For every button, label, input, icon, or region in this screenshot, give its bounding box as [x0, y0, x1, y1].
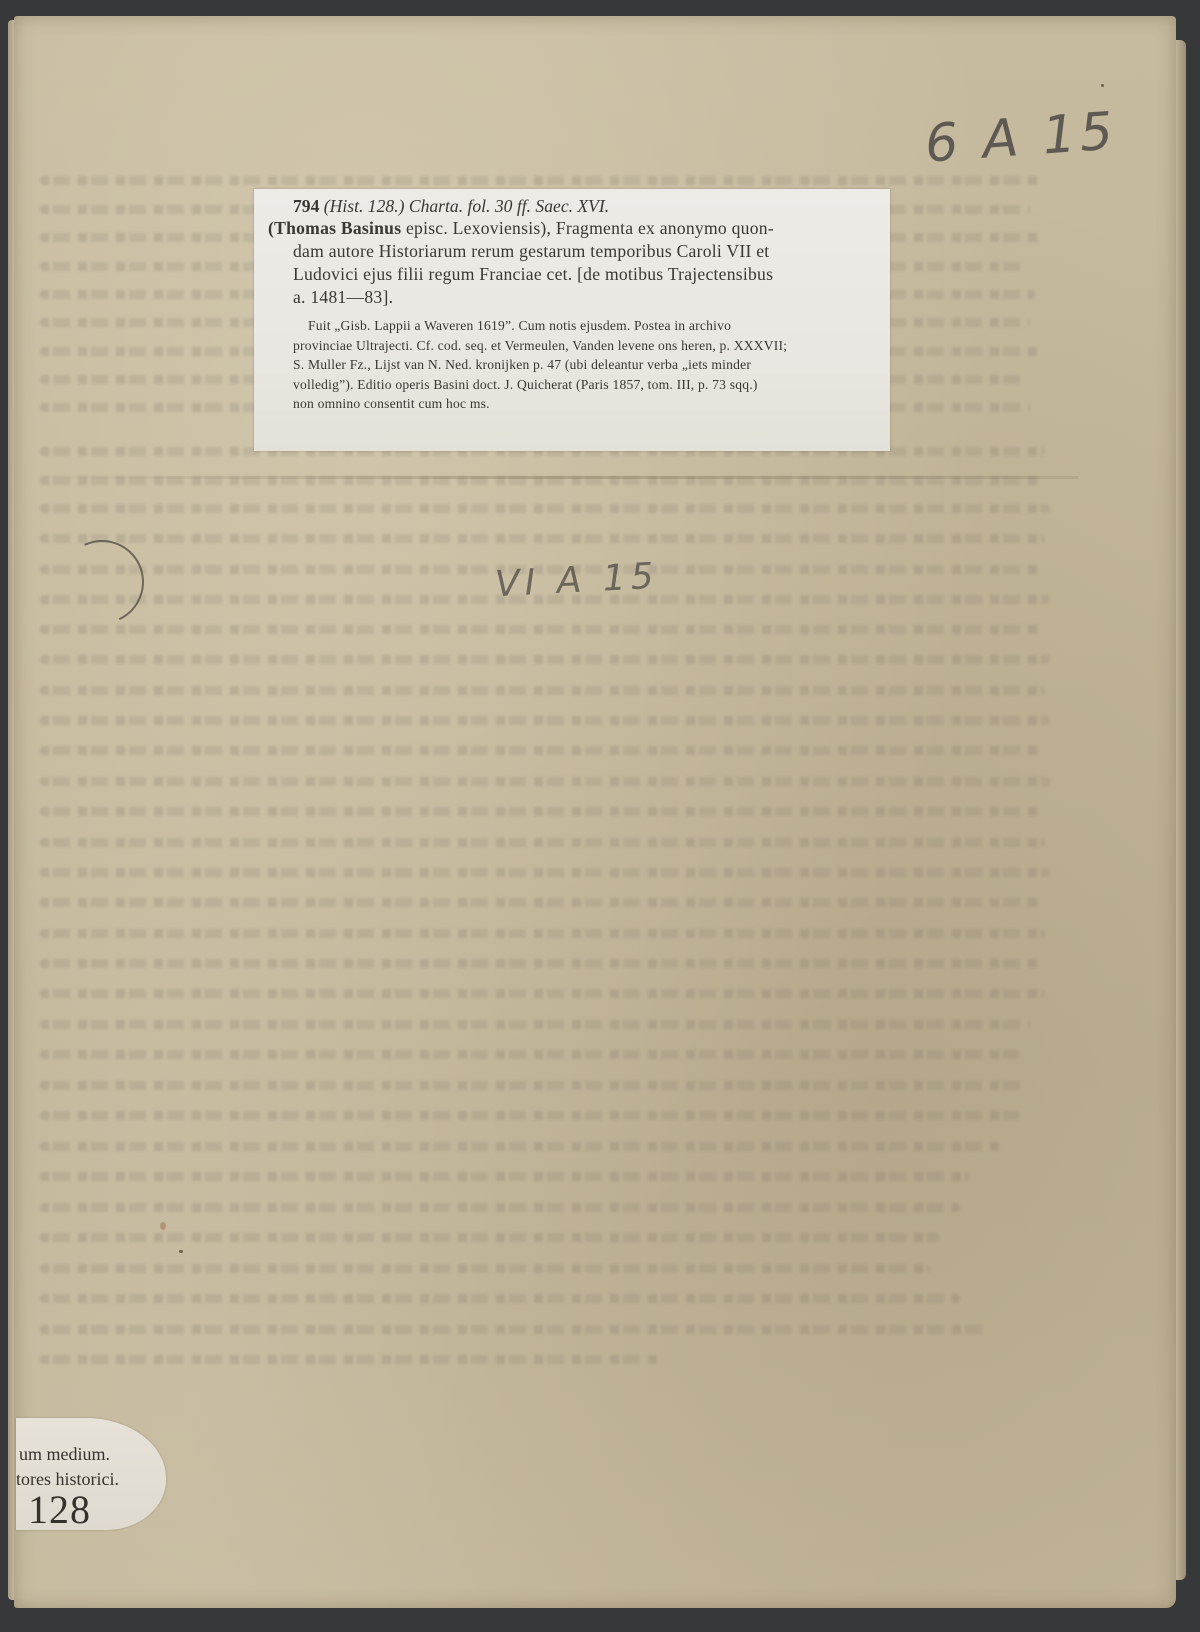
provenance-note-line: volledig”). Editio operis Basini doct. J…	[268, 375, 878, 395]
author-name: (Thomas Basinus	[268, 218, 401, 238]
sticker-number: 128	[28, 1488, 91, 1530]
provenance-note-line: Fuit „Gisb. Lappii a Waveren 1619”. Cum …	[268, 316, 878, 336]
handwritten-shelfmark-middle: VI A 15	[494, 556, 659, 606]
catalogue-heading-details: (Hist. 128.) Charta. fol. 30 ff. Saec. X…	[324, 196, 609, 216]
entry-text: episc. Lexoviensis), Fragmenta ex anonym…	[401, 218, 774, 238]
label-heading: 794 (Hist. 128.) Charta. fol. 30 ff. Sae…	[268, 195, 878, 217]
entry-line: a. 1481—83].	[268, 286, 878, 309]
paper-stain	[160, 1222, 166, 1230]
entry-line: dam autore Historiarum rerum gestarum te…	[268, 240, 878, 263]
paper-speck	[1101, 84, 1104, 87]
entry-line: Ludovici ejus filii regum Franciae cet. …	[268, 263, 878, 286]
provenance-note-line: non omnino consentit cum hoc ms.	[268, 394, 878, 414]
paper-speck	[179, 1250, 183, 1253]
catalogue-label: 794 (Hist. 128.) Charta. fol. 30 ff. Sae…	[254, 189, 890, 451]
provenance-note-line: provinciae Ultrajecti. Cf. cod. seq. et …	[268, 336, 878, 356]
sticker-line-1: um medium.	[19, 1444, 110, 1465]
provenance-note-line: S. Muller Fz., Lijst van N. Ned. kronijk…	[268, 355, 878, 375]
entry-line: (Thomas Basinus episc. Lexoviensis), Fra…	[268, 217, 878, 240]
catalogue-number: 794	[293, 196, 319, 216]
